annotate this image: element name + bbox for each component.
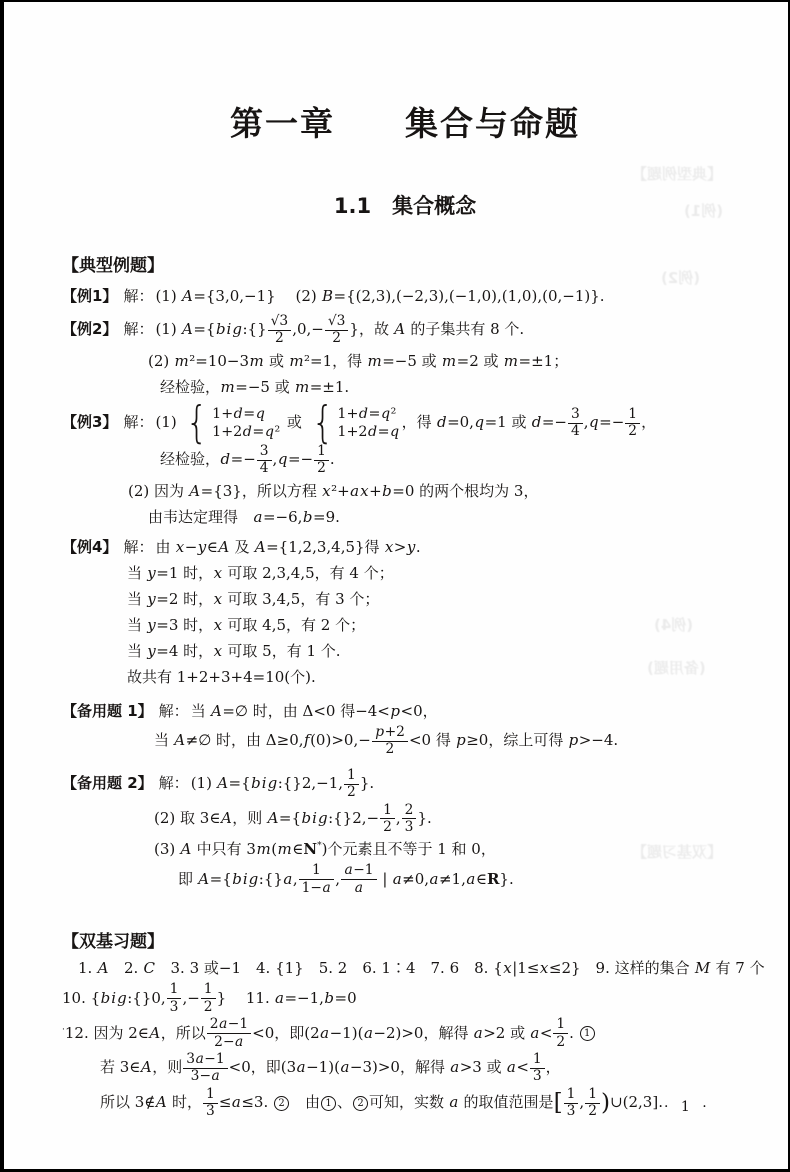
math-text: 当 y=3 时，x 可取 4,5，有 2 个； xyxy=(127,616,365,634)
content-line: 【例3】解：(1) {1+d=q1+2d=q² 或 {1+d=q²1+2d=q，… xyxy=(62,405,748,442)
content-line: 即 A={big:{}a,11−a,a−1a | a≠0,a≠1,a∈R}. xyxy=(178,863,748,896)
content-line: (2) 因为 A={3}，所以方程 x²+ax+b=0 的两个根均为 3， xyxy=(128,479,748,503)
example-block: 【例1】解：(1) A={3,0,−1} (2) B={(2,3),(−2,3)… xyxy=(62,284,748,308)
solution-prefix: 解： xyxy=(159,774,189,792)
math-text: (3) A 中只有 3m(m∈N*)个元素且不等于 1 和 0， xyxy=(154,840,496,858)
chapter-title: 第一章 集合与命题 xyxy=(62,102,748,146)
content-line: 当 y=2 时，x 可取 3,4,5，有 3 个； xyxy=(127,587,748,611)
math-text: (1) A={big:{}2,−1,12}. xyxy=(191,774,374,792)
content-line: 所以 3∉A 时，13≤a≤3. 2 由1、2可知，实数 a 的取值范围是[13… xyxy=(100,1087,748,1120)
content-line: 由韦达定理得 a=−6,b=9. xyxy=(148,505,748,529)
drills-answer-list: 1. A 2. C 3. 3 或−1 4. {1} 5. 2 6. 1∶4 7.… xyxy=(62,956,748,1120)
math-text: 当 A=∅ 时，由 Δ<0 得−4<p<0， xyxy=(191,702,438,720)
content-line: 【例4】解：由 x−y∈A 及 A={1,2,3,4,5}得 x>y. xyxy=(62,535,748,559)
content-line: 若 3∈A，则3a−13−a<0，即(3a−1)(a−3)>0，解得 a>3 或… xyxy=(100,1052,748,1085)
photo-frame: 第一章 集合与命题 1.1 集合概念 【典型例题】 【例1】解：(1) A={3… xyxy=(0,0,790,1172)
ghost-text: 【双基习题】 xyxy=(632,840,722,864)
content-line: (2) m²=10−3m 或 m²=1，得 m=−5 或 m=2 或 m=±1； xyxy=(148,349,748,373)
ghost-text: (例1) xyxy=(684,199,723,223)
math-text: 当 A≠∅ 时，由 Δ≥0,f(0)>0,−p+22<0 得 p≥0，综上可得 … xyxy=(154,731,618,749)
math-text: 1. A 2. C 3. 3 或−1 4. {1} 5. 2 6. 1∶4 7.… xyxy=(78,959,765,977)
content-line: 1. A 2. C 3. 3 或−1 4. {1} 5. 2 6. 1∶4 7.… xyxy=(78,956,748,980)
example-block: 【备用题 1】解：当 A=∅ 时，由 Δ<0 得−4<p<0，当 A≠∅ 时，由… xyxy=(62,699,748,758)
section-title: 1.1 集合概念 xyxy=(62,192,748,220)
page-content: 第一章 集合与命题 1.1 集合概念 【典型例题】 【例1】解：(1) A={3… xyxy=(4,102,788,1120)
math-text: (2) 因为 A={3}，所以方程 x²+ax+b=0 的两个根均为 3， xyxy=(128,482,538,500)
example-label: 【备用题 2】 xyxy=(62,774,153,792)
math-text: 由韦达定理得 a=−6,b=9. xyxy=(148,508,340,526)
math-text: 经检验，d=−34,q=−12. xyxy=(160,450,335,468)
drills-heading: 【双基习题】 xyxy=(62,930,748,954)
solution-prefix: 解： xyxy=(123,538,153,556)
page-number: · 1 · xyxy=(664,1095,711,1119)
typical-examples-heading: 【典型例题】 xyxy=(62,254,748,278)
ghost-text: 【典型例题】 xyxy=(632,162,722,186)
math-text: (1) A={3,0,−1} (2) B={(2,3),(−2,3),(−1,0… xyxy=(155,287,604,305)
ghost-text: (例2) xyxy=(661,266,700,290)
solution-prefix: 解： xyxy=(123,320,153,338)
example-block: 【备用题 2】解：(1) A={big:{}2,−1,12}.(2) 取 3∈A… xyxy=(62,768,748,897)
math-text: 当 y=1 时，x 可取 2,3,4,5，有 4 个； xyxy=(127,564,394,582)
solution-prefix: 解： xyxy=(123,287,153,305)
solution-prefix: 解： xyxy=(123,413,153,431)
math-text: 当 y=2 时，x 可取 3,4,5，有 3 个； xyxy=(127,590,379,608)
math-text: 故共有 1+2+3+4=10(个). xyxy=(127,668,316,686)
content-line: 当 y=1 时，x 可取 2,3,4,5，有 4 个； xyxy=(127,561,748,585)
example-block: 【例4】解：由 x−y∈A 及 A={1,2,3,4,5}得 x>y.当 y=1… xyxy=(62,535,748,689)
content-line: 10. {big:{}0,13,−12} 11. a=−1,b=0 xyxy=(62,982,748,1015)
math-text: 即 A={big:{}a,11−a,a−1a | a≠0,a≠1,a∈R}. xyxy=(178,870,514,888)
content-line: 当 A≠∅ 时，由 Δ≥0,f(0)>0,−p+22<0 得 p≥0，综上可得 … xyxy=(154,725,748,758)
math-text: 若 3∈A，则3a−13−a<0，即(3a−1)(a−3)>0，解得 a>3 或… xyxy=(100,1058,561,1076)
math-text: (2) m²=10−3m 或 m²=1，得 m=−5 或 m=2 或 m=±1； xyxy=(148,352,568,370)
content-line: (2) 取 3∈A，则 A={big:{}2,−12,23}. xyxy=(154,803,748,836)
math-text: 由 x−y∈A 及 A={1,2,3,4,5}得 x>y. xyxy=(155,538,420,556)
solution-prefix: 解： xyxy=(159,702,189,720)
example-label: 【例3】 xyxy=(62,413,117,431)
math-text: 经检验，m=−5 或 m=±1. xyxy=(160,378,349,396)
math-text: ·12. 因为 2∈A，所以2a−12−a<0，即(2a−1)(a−2)>0，解… xyxy=(62,1024,596,1042)
example-label: 【备用题 1】 xyxy=(62,702,153,720)
math-text: (1) A={big:{}√32,0,−√32}，故 A 的子集共有 8 个. xyxy=(155,320,524,338)
math-text: 10. {big:{}0,13,−12} 11. a=−1,b=0 xyxy=(62,989,357,1007)
content-line: 经检验，d=−34,q=−12. xyxy=(160,444,748,477)
typical-examples-list: 【例1】解：(1) A={3,0,−1} (2) B={(2,3),(−2,3)… xyxy=(62,284,748,896)
textbook-page: 第一章 集合与命题 1.1 集合概念 【典型例题】 【例1】解：(1) A={3… xyxy=(4,2,788,1169)
math-text: (2) 取 3∈A，则 A={big:{}2,−12,23}. xyxy=(154,809,432,827)
content-line: 【例2】解：(1) A={big:{}√32,0,−√32}，故 A 的子集共有… xyxy=(62,314,748,347)
ghost-text: (备用题) xyxy=(647,656,706,680)
example-label: 【例2】 xyxy=(62,320,117,338)
math-text: (1) {1+d=q1+2d=q² 或 {1+d=q²1+2d=q，得 d=0,… xyxy=(155,413,656,431)
example-label: 【例4】 xyxy=(62,538,117,556)
ghost-text: (例4) xyxy=(654,613,693,637)
content-line: 经检验，m=−5 或 m=±1. xyxy=(160,375,748,399)
example-label: 【例1】 xyxy=(62,287,117,305)
math-text: 所以 3∉A 时，13≤a≤3. 2 由1、2可知，实数 a 的取值范围是[13… xyxy=(100,1093,663,1111)
example-block: 【例3】解：(1) {1+d=q1+2d=q² 或 {1+d=q²1+2d=q，… xyxy=(62,405,748,529)
content-line: 【备用题 1】解：当 A=∅ 时，由 Δ<0 得−4<p<0， xyxy=(62,699,748,723)
content-line: 【例1】解：(1) A={3,0,−1} (2) B={(2,3),(−2,3)… xyxy=(62,284,748,308)
math-text: 当 y=4 时，x 可取 5，有 1 个. xyxy=(127,642,341,660)
example-block: 【例2】解：(1) A={big:{}√32,0,−√32}，故 A 的子集共有… xyxy=(62,314,748,399)
content-line: 【备用题 2】解：(1) A={big:{}2,−1,12}. xyxy=(62,768,748,801)
content-line: ·12. 因为 2∈A，所以2a−12−a<0，即(2a−1)(a−2)>0，解… xyxy=(62,1017,748,1050)
